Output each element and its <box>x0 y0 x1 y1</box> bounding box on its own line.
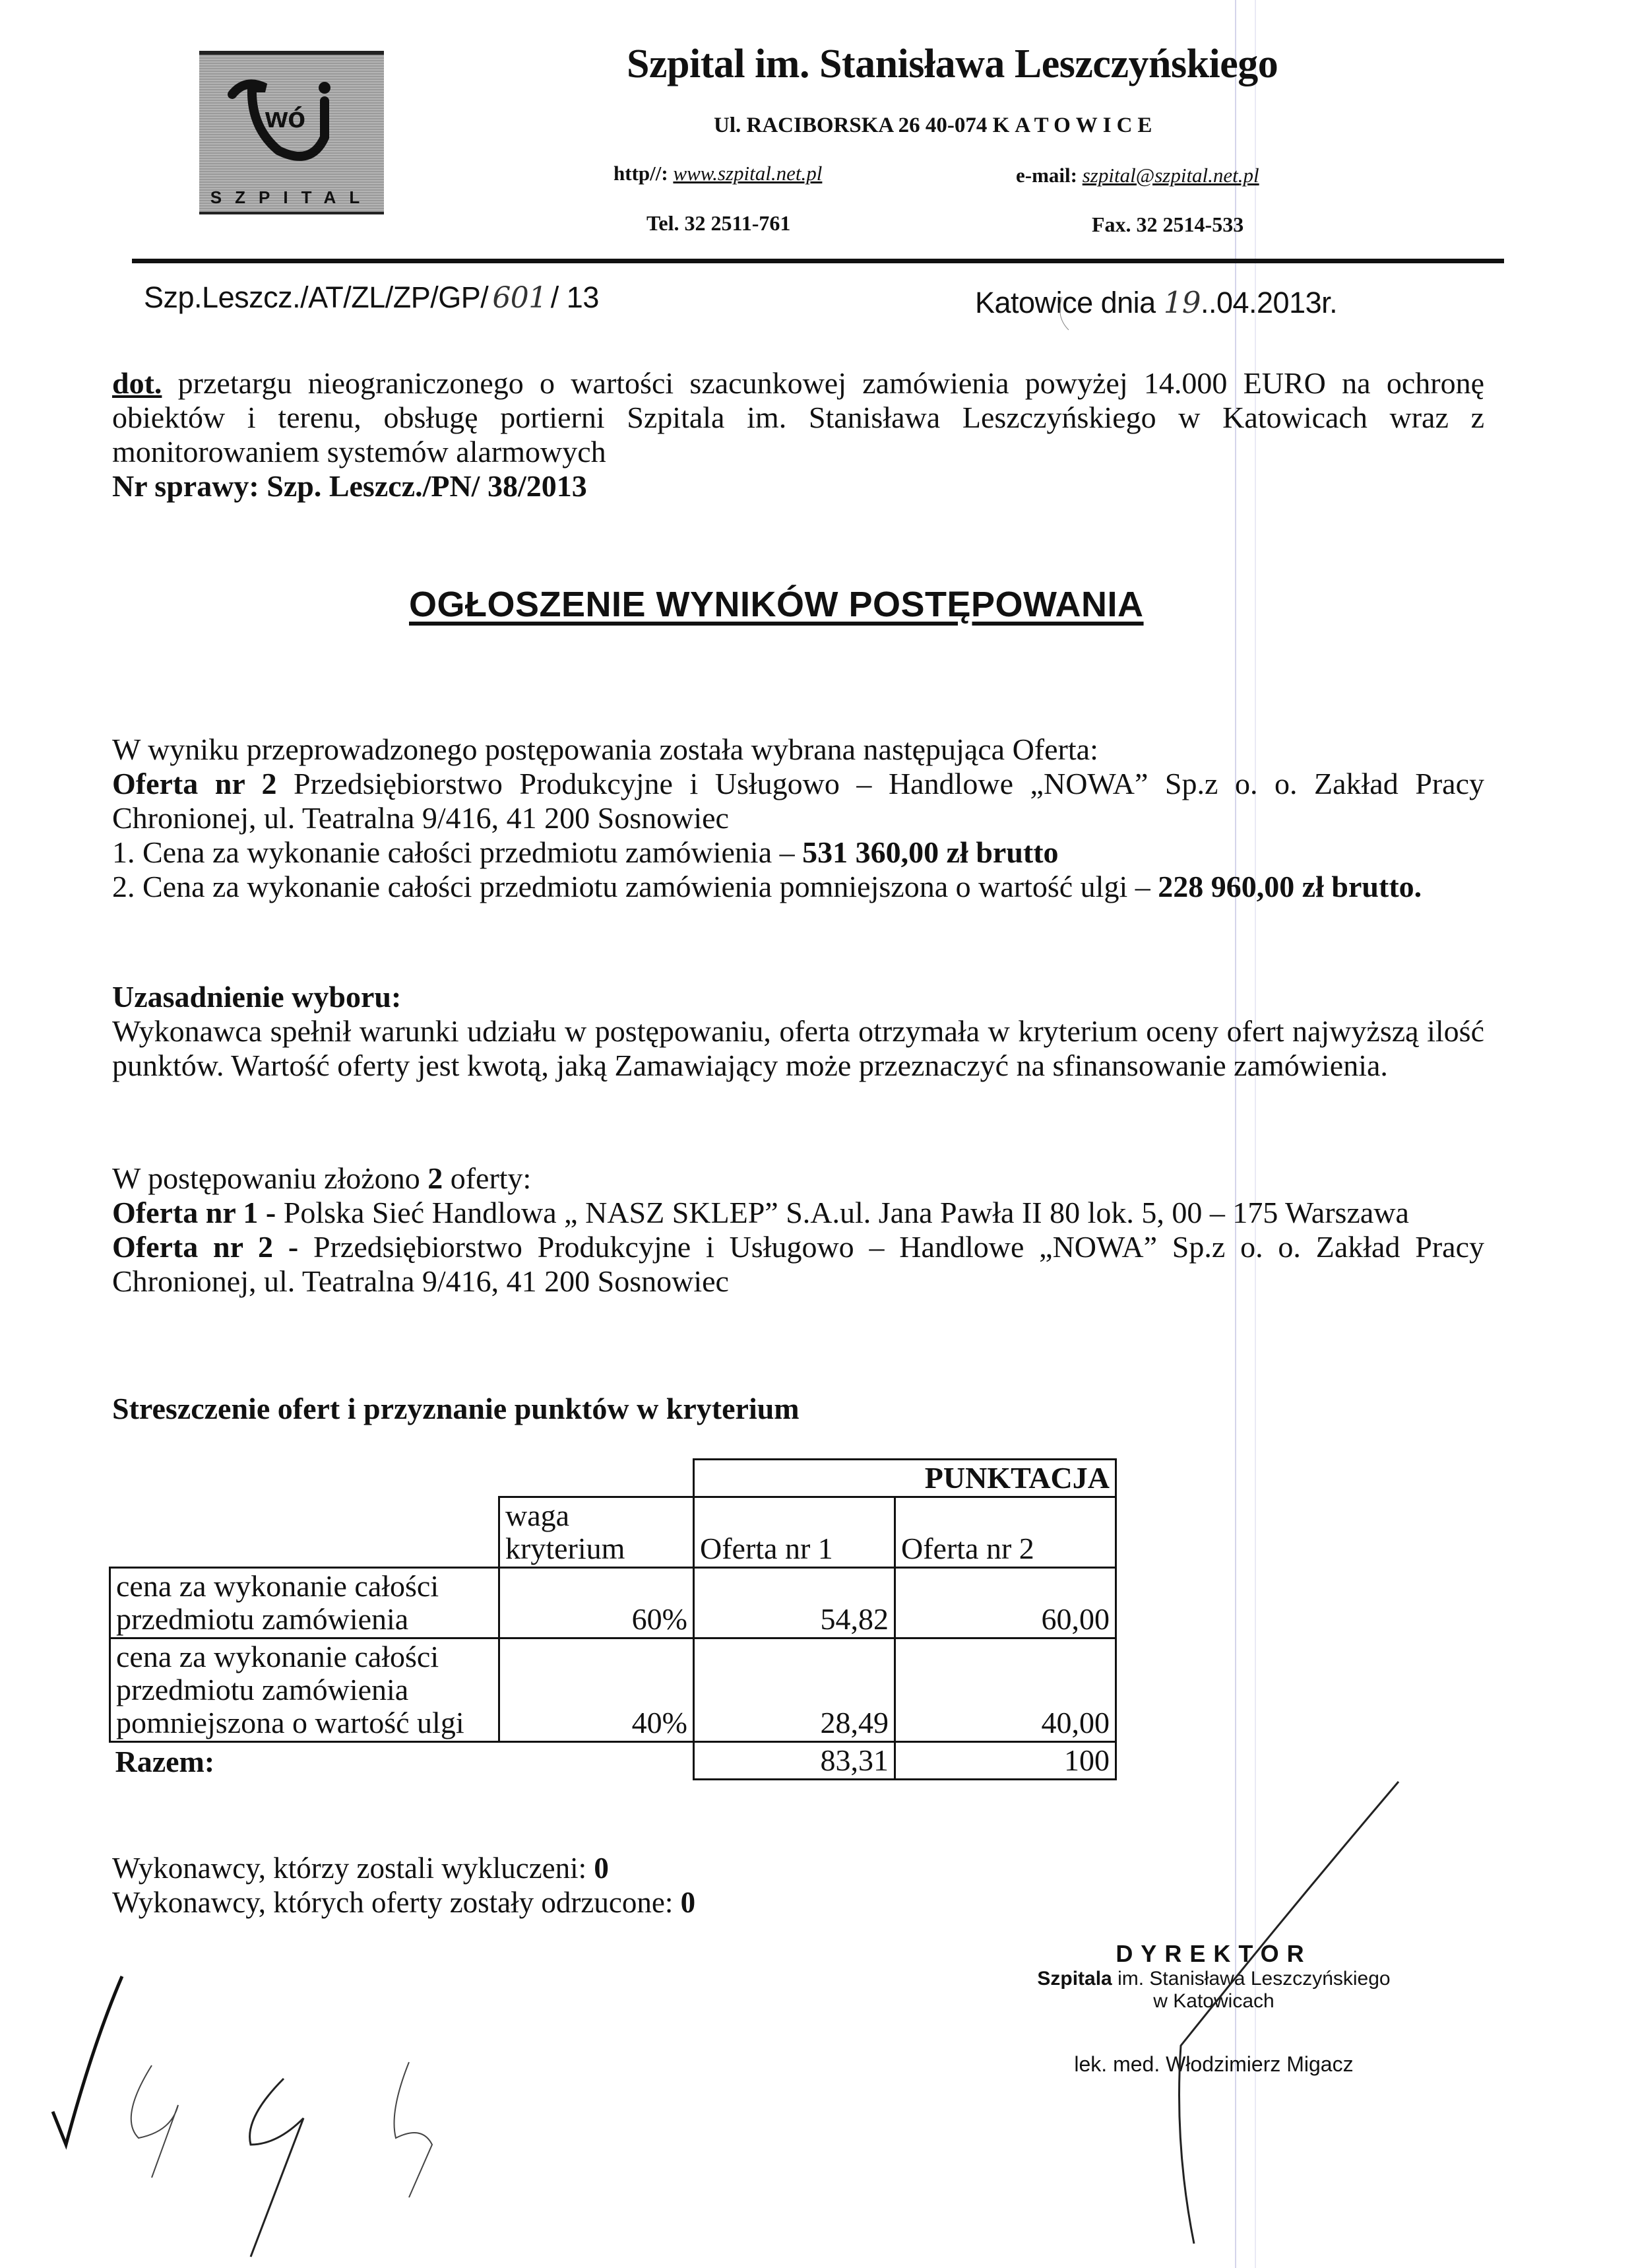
signature-strokes-icon <box>0 0 1636 2268</box>
